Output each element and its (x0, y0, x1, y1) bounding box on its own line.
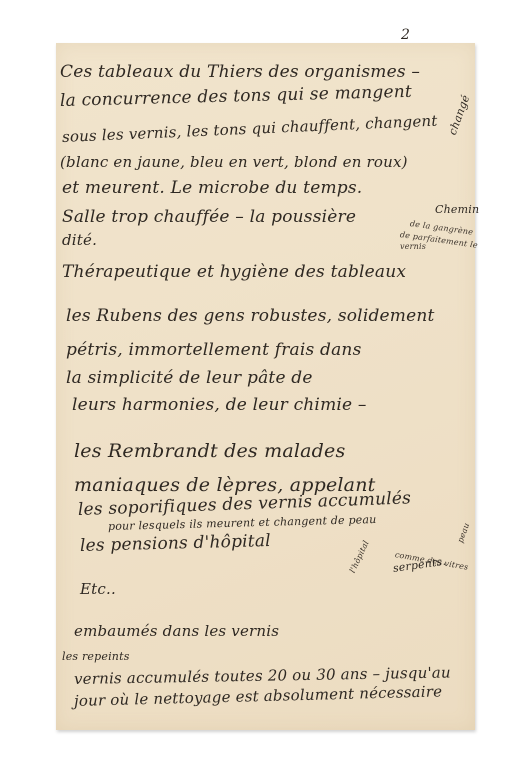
line-5: et meurent. Le microbe du temps. (62, 178, 362, 198)
page-number: 2 (401, 27, 410, 43)
margin-note-vernis: vernis (400, 242, 426, 251)
line-4: (blanc en jaune, bleu en vert, blond en … (60, 153, 408, 171)
line-10: pétris, immortellement frais dans (66, 340, 362, 360)
line-11: la simplicité de leur pâte de (66, 368, 313, 388)
line-18: embaumés dans les vernis (74, 622, 279, 640)
line-7: dité. (62, 231, 97, 249)
margin-note-chemin: Chemin (435, 203, 479, 216)
line-1: Ces tableaux du Thiers des organismes – (60, 62, 420, 82)
left-margin-note: les repeints (62, 650, 130, 663)
line-8: Thérapeutique et hygiène des tableaux (62, 262, 406, 282)
line-13: les Rembrandt des malades (74, 440, 345, 462)
line-6: Salle trop chauffée – la poussière (62, 207, 356, 227)
line-17: Etc.. (80, 580, 116, 598)
line-12: leurs harmonies, de leur chimie – (72, 395, 367, 415)
line-9: les Rubens des gens robustes, solidement (66, 306, 435, 326)
